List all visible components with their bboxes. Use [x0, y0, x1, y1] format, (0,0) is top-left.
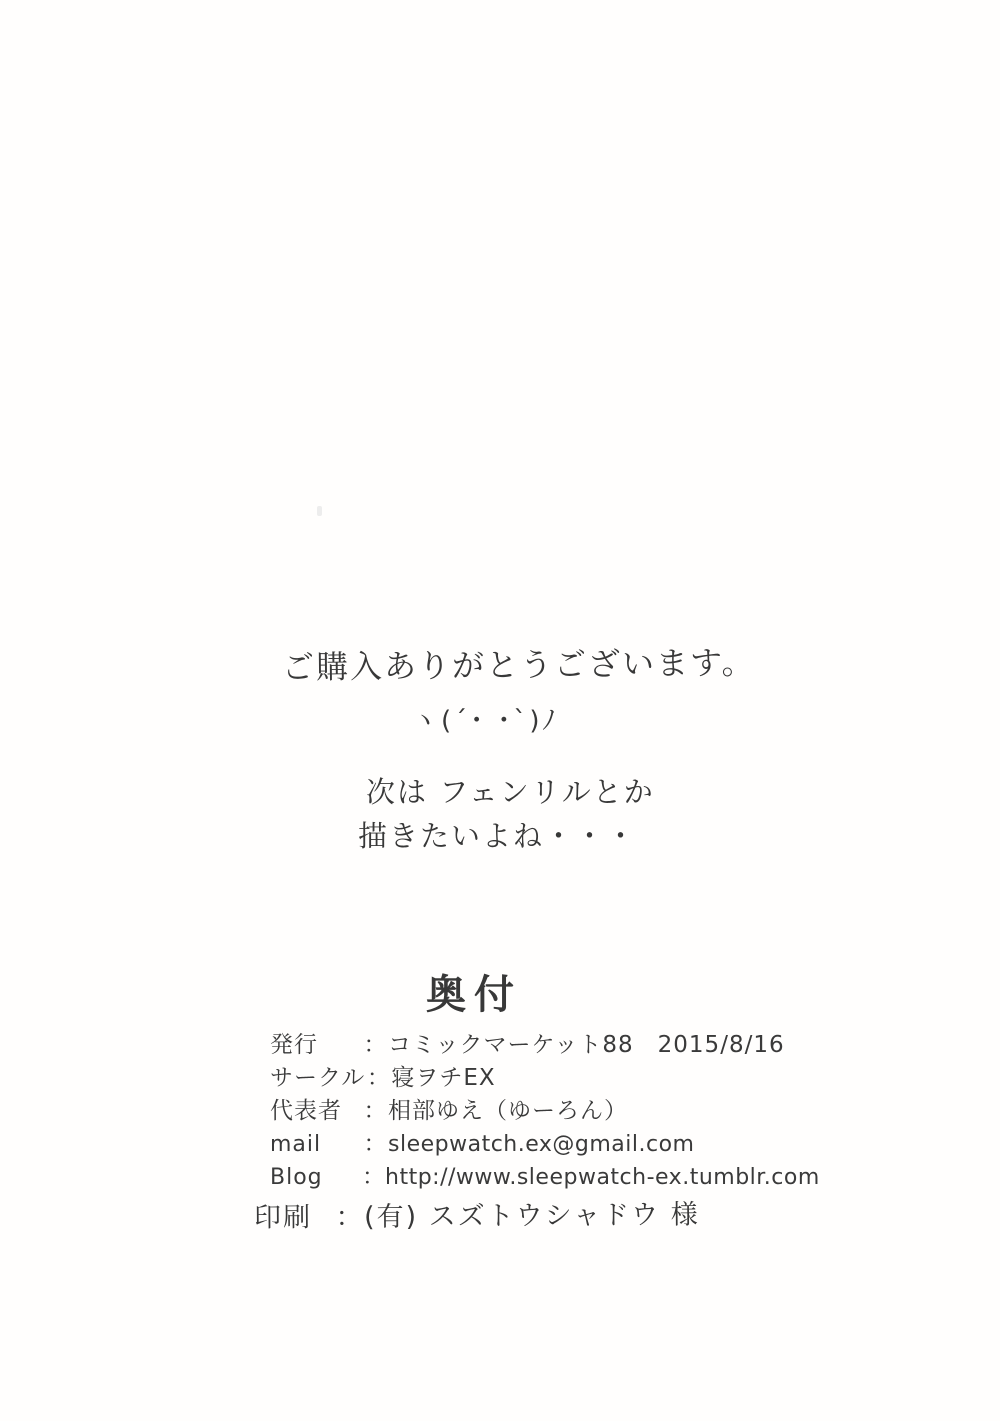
scanned-colophon-page: ご購入ありがとうございます。 ヽ(´･ ･`)ﾉ 次は フェンリルとか 描きたい… — [0, 0, 1000, 1421]
note-line-2: 描きたいよね・・・ — [358, 814, 637, 855]
blog-url: http://www.sleepwatch-ex.tumblr.com — [385, 1165, 820, 1190]
colophon-row-printer: 印刷 ： (有) スズトウシャドウ 様 — [254, 1192, 700, 1234]
colophon-row-circle: サークル ： 寝ヲチEX — [270, 1059, 790, 1092]
publication-value: コミックマーケット88 2015/8/16 — [388, 1026, 785, 1059]
representative-value: 相部ゆえ（ゆーろん） — [388, 1092, 628, 1125]
colophon-row-mail: mail ： sleepwatch.ex@gmail.com — [270, 1125, 790, 1158]
colon-separator: ： — [362, 1125, 388, 1158]
colon-separator: ： — [362, 1026, 388, 1059]
scan-artifact-speck — [317, 506, 322, 516]
colon-separator: ： — [365, 1059, 391, 1092]
colon-separator: ： — [362, 1158, 385, 1191]
note-line-1: 次は フェンリルとか — [366, 770, 655, 811]
colophon-row-publication: 発行 ： コミックマーケット88 2015/8/16 — [270, 1026, 790, 1059]
colophon-row-blog: Blog ： http://www.sleepwatch-ex.tumblr.c… — [270, 1158, 790, 1191]
kaomoji: ヽ(´･ ･`)ﾉ — [412, 700, 559, 737]
blog-label: Blog — [270, 1165, 362, 1190]
publication-label: 発行 — [270, 1026, 362, 1059]
representative-label: 代表者 — [270, 1092, 362, 1125]
colophon-row-representative: 代表者 ： 相部ゆえ（ゆーろん） — [270, 1092, 790, 1125]
printer-label: 印刷 — [254, 1195, 334, 1235]
colon-separator: ： — [334, 1195, 364, 1234]
printer-value: (有) スズトウシャドウ 様 — [364, 1192, 700, 1233]
circle-label: サークル — [270, 1059, 365, 1092]
mail-address: sleepwatch.ex@gmail.com — [388, 1132, 695, 1157]
colophon-title: 奥付 — [426, 963, 522, 1020]
mail-label: mail — [270, 1132, 362, 1157]
thanks-message: ご購入ありがとうございます。 — [282, 638, 756, 689]
colophon-block: 発行 ： コミックマーケット88 2015/8/16 サークル ： 寝ヲチEX … — [270, 1026, 790, 1191]
circle-value: 寝ヲチEX — [391, 1059, 495, 1092]
colon-separator: ： — [362, 1092, 388, 1125]
